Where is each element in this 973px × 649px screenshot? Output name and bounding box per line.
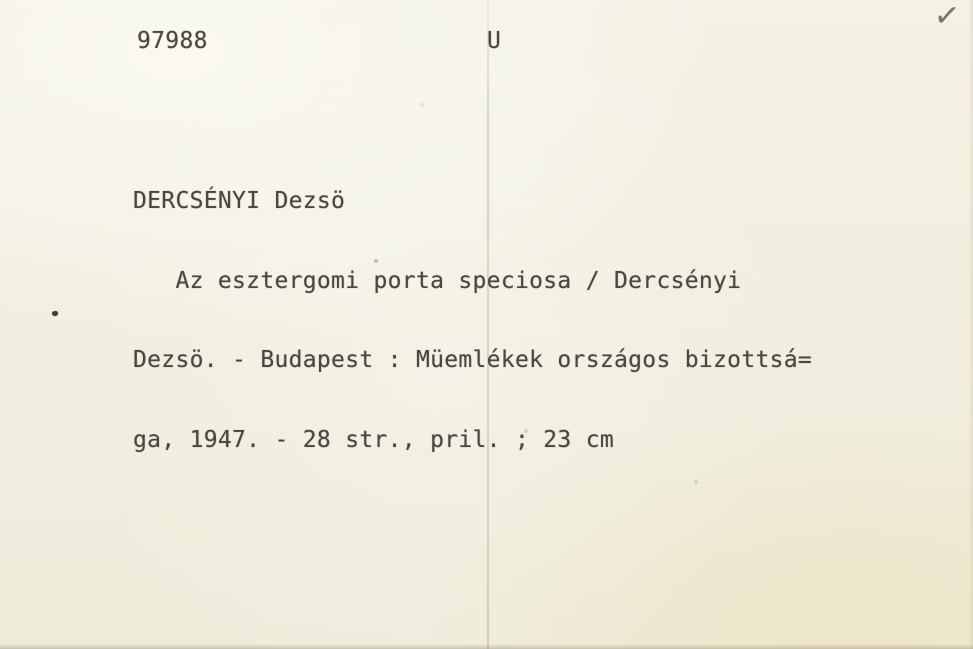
catalog-card: 97988 U ✓ DERCSÉNYI Dezsö Az esztergomi …	[0, 0, 973, 649]
section-letter: U	[487, 28, 501, 54]
entry-line-collation: ga, 1947. - 28 str., pril. ; 23 cm	[133, 427, 812, 454]
entry-line-author-heading: DERCSÉNYI Dezsö	[133, 188, 812, 215]
card-right-edge-shadow	[969, 0, 973, 649]
call-number: 97988	[137, 28, 208, 54]
ink-dot-speck	[52, 311, 58, 316]
scan-specks	[374, 259, 378, 263]
checkmark-icon: ✓	[932, 0, 962, 35]
entry-line-imprint: Dezsö. - Budapest : Müemlékek országos b…	[133, 347, 812, 374]
card-bottom-edge-shadow	[0, 644, 973, 649]
entry-line-title: Az esztergomi porta speciosa / Dercsényi	[133, 268, 812, 295]
bibliographic-entry: DERCSÉNYI Dezsö Az esztergomi porta spec…	[133, 135, 812, 506]
